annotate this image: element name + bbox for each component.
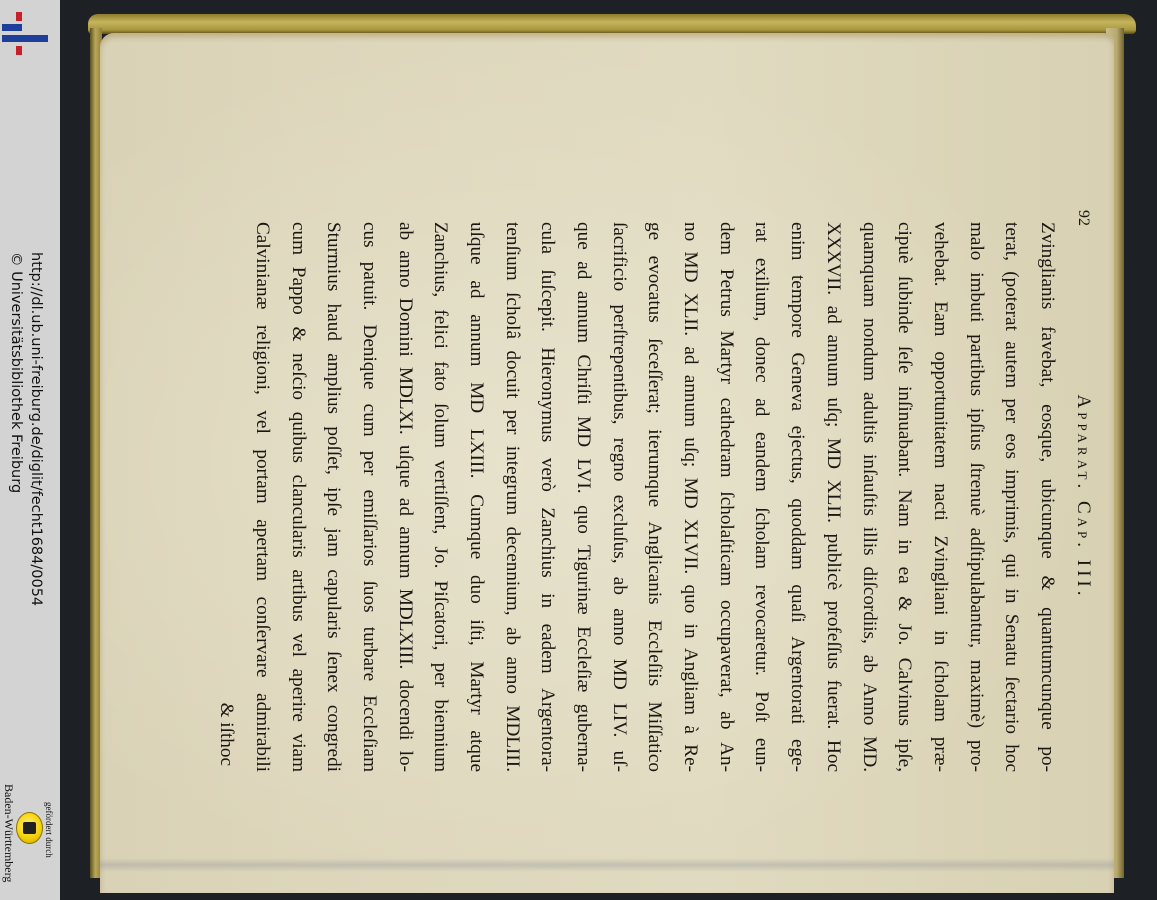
logo-red-mark-top	[16, 12, 22, 21]
catchword: & iſthoc	[209, 222, 245, 772]
running-head-title: Apparat. Cap. III.	[1065, 222, 1101, 772]
text-line: uſque ad annum MD LXIII. Cumque duo iſti…	[458, 222, 494, 772]
running-header: 92 Apparat. Cap. III.	[1065, 222, 1101, 772]
text-line: ge evocatus ſeceſſerat; iterumque Anglic…	[637, 222, 673, 772]
text-line: terat, (poterat autem per eos imprimis, …	[994, 222, 1030, 772]
text-line: no MD XLII. ad annum uſq; MD XLVII. quo …	[672, 222, 708, 772]
logo-blue-bar-short	[2, 24, 22, 31]
text-line: que ad annum Chriſti MD LVI. quo Tigurin…	[565, 222, 601, 772]
text-line: quamquam nondum adultis inſauſtis illis …	[851, 222, 887, 772]
book-cover-edge-top	[88, 14, 1136, 34]
scanned-book-image: 92 Apparat. Cap. III. Zvinglianis faveba…	[60, 0, 1157, 900]
page-fold-shadow	[100, 858, 1114, 872]
university-library-logo[interactable]	[0, 0, 60, 60]
funder-label: gefördert durch	[44, 802, 54, 858]
text-line: cula ſuſcepit. Hieronymus verò Zanchius …	[530, 222, 566, 772]
text-line: vehebat. Eam opportunitatem nacti Zvingl…	[922, 222, 958, 772]
text-line: ab anno Domini MDLXI. uſque ad annum MDL…	[387, 222, 423, 772]
page-text-block: 92 Apparat. Cap. III. Zvinglianis faveba…	[279, 222, 1101, 772]
text-line: Sturmius haud amplius poſſet, ipſe jam c…	[316, 222, 352, 772]
viewer-sidebar: http://dl.ub.uni-freiburg.de/diglit/fech…	[0, 0, 61, 900]
text-line: cus patuit. Denique cum per emiſſarios ſ…	[351, 222, 387, 772]
text-line: XXXVII. ad annum uſq; MD XLII. publicè p…	[815, 222, 851, 772]
text-line: ſacrificio perſtrepentibus, regno excluſ…	[601, 222, 637, 772]
text-line: enim tempore Geneva ejectus, quoddam qua…	[780, 222, 816, 772]
permalink-url[interactable]: http://dl.ub.uni-freiburg.de/diglit/fech…	[28, 252, 44, 606]
text-line: dem Petrus Martyr cathedram ſcholaſticam…	[708, 222, 744, 772]
text-line: Zvinglianis favebat, eosque, ubicunque &…	[1029, 222, 1065, 772]
logo-blue-bar-long	[2, 35, 48, 42]
text-line: Calvinianæ religioni, vel portam apertam…	[244, 222, 280, 772]
text-line: Zanchius, felici fato ſolum vertiſſent, …	[423, 222, 459, 772]
text-line: cipuè ſubinde ſeſe inſinuabant. Nam in e…	[887, 222, 923, 772]
text-line: malo imbuti partibus ipſius ſtrenuè adſt…	[958, 222, 994, 772]
text-line: tenſium ſcholâ docuit per integrum decen…	[494, 222, 530, 772]
baden-wuerttemberg-crest-icon	[16, 812, 43, 844]
text-line: rat exilium, donec ad eandem ſcholam rev…	[744, 222, 780, 772]
funder-name: Baden-Württemberg	[1, 784, 16, 882]
text-line: cum Pappo & neſcio quibus clancularis ar…	[280, 222, 316, 772]
copyright-notice: © Universitätsbibliothek Freiburg	[8, 252, 24, 493]
logo-red-mark-bottom	[16, 46, 22, 55]
